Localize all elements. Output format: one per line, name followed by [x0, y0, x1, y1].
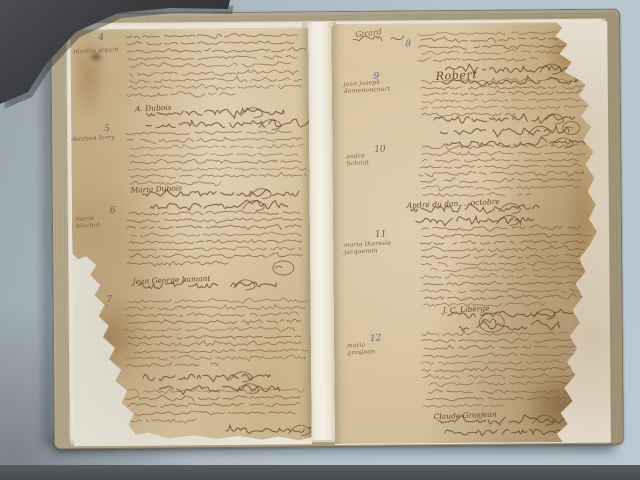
register-entry: 8Robert: [331, 22, 605, 444]
entry-number: 7: [106, 295, 112, 305]
handwriting-stroke: [420, 335, 589, 345]
handwriting-stroke: [418, 175, 582, 185]
handwriting-stroke: [420, 148, 587, 158]
handwriting-stroke: [124, 407, 298, 418]
handwriting-stroke: [444, 60, 585, 77]
handwriting-stroke: [123, 324, 297, 335]
handwriting-stroke: [441, 72, 579, 89]
handwriting-stroke: [141, 184, 301, 201]
handwriting-stroke: [420, 75, 592, 86]
register-entry: 10andréSchmitAndré du dan … octobre: [331, 22, 605, 444]
entry-number: 10: [374, 144, 386, 155]
handwriting-stroke: [124, 30, 299, 41]
handwriting-stroke: [126, 52, 298, 63]
handwriting-stroke: [128, 142, 306, 153]
handwriting-stroke: [141, 368, 272, 385]
handwriting-stroke: [419, 161, 586, 171]
scanned-register-photo: 4nicolas jaquinA. Dubois 5Sebastien ferr…: [0, 0, 640, 480]
handwriting-stroke: [125, 258, 230, 268]
handwriting-stroke: [127, 163, 308, 174]
margin-note-line: Sebastien ferry: [65, 134, 115, 144]
circled-paraph: [272, 260, 294, 275]
handwriting-stroke: [422, 264, 593, 274]
margin-note-line: nicolas jaquin: [73, 46, 118, 55]
handwriting-stroke: [420, 244, 586, 254]
handwriting-stroke: [136, 276, 278, 293]
handwriting-stroke: [125, 352, 307, 363]
handwriting-stroke: [420, 250, 582, 260]
handwriting-stroke: [145, 103, 286, 120]
handwriting-stroke: [273, 262, 289, 272]
handwriting-stroke: [125, 89, 237, 99]
margin-note-line: andré: [346, 152, 369, 160]
handwriting-stroke: [143, 196, 290, 213]
margin-note: andréSchmit: [346, 152, 369, 167]
signature-text: Claude Grosjean: [433, 410, 496, 422]
signature-text: J. C. Liberge: [443, 304, 490, 315]
margin-note: nicolas jaquin: [73, 46, 118, 55]
handwriting-stroke: [420, 364, 591, 374]
handwriting-stroke: [421, 182, 582, 192]
margin-note-line: marie: [76, 215, 100, 223]
handwriting-stroke: [418, 168, 586, 178]
handwriting-stroke: [126, 415, 202, 425]
circled-paraph: [479, 313, 505, 333]
margin-note: maria theresiajacquemin: [344, 240, 392, 256]
handwriting-stroke: [422, 299, 547, 309]
handwriting-stroke: [127, 67, 300, 78]
right-page: Girard 8Robert 9jean josephdemenoncourt …: [331, 22, 605, 444]
handwriting-stroke: [420, 154, 581, 164]
margin-note-line: jacquemin: [344, 246, 391, 255]
margin-note-line: jean joseph: [343, 79, 390, 88]
handwriting-stroke: [125, 45, 307, 56]
margin-note-line: Schmit: [346, 159, 369, 167]
handwriting-stroke: [128, 170, 308, 181]
handwriting-stroke: [421, 278, 593, 289]
margin-note-line: grosjean: [347, 348, 375, 356]
handwriting-stroke: [444, 134, 602, 151]
margin-note: Sebastien ferry: [65, 134, 115, 144]
handwriting-stroke: [422, 292, 594, 303]
handwriting-stroke: [420, 223, 582, 233]
handwriting-stroke: [126, 331, 303, 342]
handwriting-stroke: [420, 141, 583, 151]
handwriting-stroke: [224, 421, 320, 438]
handwriting-stroke: [351, 31, 405, 45]
margin-header-note: Girard: [351, 27, 407, 45]
handwriting-stroke: [125, 385, 307, 396]
signature-text: A. Dubois: [135, 103, 172, 114]
handwriting-stroke: [127, 81, 303, 92]
handwriting-stroke: [419, 285, 582, 295]
handwriting-stroke: [127, 149, 299, 160]
handwriting-stroke: [126, 134, 304, 145]
signature-text: André du dan … octobre: [407, 197, 500, 210]
handwriting-stroke: [437, 411, 578, 428]
margin-note: jean josephdemenoncourt: [343, 79, 390, 95]
entry-number: 11: [375, 229, 387, 240]
circled-paraph: [562, 121, 580, 135]
handwriting-stroke: [127, 207, 302, 218]
handwriting-stroke: [126, 243, 303, 254]
handwriting-stroke: [448, 317, 562, 334]
entry-number: 9: [373, 71, 379, 81]
margin-note: marieblochot: [76, 215, 101, 230]
handwriting-stroke: [126, 400, 302, 411]
handwriting-stroke: [419, 257, 586, 267]
handwriting-stroke: [438, 122, 571, 139]
margin-note-line: demenoncourt: [344, 86, 391, 95]
handwriting-stroke: [420, 95, 586, 105]
handwriting-stroke: [418, 81, 593, 92]
handwriting-stroke: [125, 360, 220, 370]
register-entry: 9jean josephdemenoncourt: [331, 22, 605, 444]
table-edge-band: [0, 465, 640, 480]
handwriting-stroke: [125, 222, 303, 233]
signature-text: Maria Dubois: [130, 183, 182, 194]
handwriting-stroke: [421, 189, 533, 199]
handwriting-stroke: [446, 305, 575, 322]
handwriting-stroke: [418, 271, 590, 282]
handwriting-stroke: [126, 317, 303, 328]
entry-number: 6: [110, 206, 116, 216]
handwriting-stroke: [129, 250, 305, 261]
handwriting-stroke: [420, 109, 517, 119]
register-entry: 11maria theresiajacqueminJ. C. Liberge: [331, 22, 605, 444]
handwriting-stroke: [418, 237, 588, 247]
entry-number: 12: [370, 333, 382, 344]
register-entry: 12mariagrosjeanClaude Grosjean: [331, 22, 605, 444]
signature-text: Robert: [435, 68, 477, 83]
handwriting-stroke: [127, 345, 310, 356]
handwriting-stroke: [480, 315, 498, 327]
margin-note-line: blochot: [76, 222, 100, 230]
margin-note-line: maria theresia: [344, 240, 391, 249]
signature-text: Jean George hamant: [132, 274, 210, 286]
handwriting-stroke: [414, 211, 536, 228]
margin-note: mariagrosjean: [347, 341, 376, 356]
handwriting-stroke: [421, 401, 505, 411]
handwriting-stroke: [123, 338, 303, 349]
handwriting-stroke: [417, 88, 592, 99]
handwriting-stroke: [420, 328, 587, 338]
handwriting-stroke: [129, 229, 303, 240]
handwriting-stroke: [419, 357, 588, 367]
handwriting-stroke: [128, 178, 223, 188]
handwriting-stroke: [421, 371, 596, 382]
handwriting-stroke: [417, 54, 540, 64]
handwriting-stroke: [144, 379, 281, 396]
handwriting-stroke: [409, 199, 541, 216]
handwriting-stroke: [124, 310, 301, 321]
handwriting-stroke: [144, 115, 313, 132]
handwriting-stroke: [126, 38, 297, 48]
handwriting-stroke: [123, 302, 308, 313]
handwriting-stroke: [422, 342, 595, 353]
handwriting-stroke: [125, 295, 309, 306]
handwriting-stroke: [125, 214, 304, 225]
entry-number: 5: [104, 124, 110, 134]
entry-number: 4: [98, 33, 104, 43]
handwriting-stroke: [125, 59, 301, 70]
handwriting-stroke: [421, 230, 593, 241]
handwriting-stroke: [124, 127, 293, 137]
right-page-ink: Girard 8Robert 9jean josephdemenoncourt …: [331, 22, 605, 444]
margin-note-line: maria: [347, 341, 375, 349]
handwriting-stroke: [563, 123, 575, 131]
handwriting-stroke: [128, 156, 303, 167]
handwriting-stroke: [127, 74, 303, 85]
handwriting-stroke: [419, 102, 589, 112]
handwriting-stroke: [124, 393, 302, 404]
register-book: 4nicolas jaquinA. Dubois 5Sebastien ferr…: [50, 9, 624, 450]
handwriting-stroke: [443, 423, 567, 440]
handwriting-stroke: [127, 236, 303, 247]
